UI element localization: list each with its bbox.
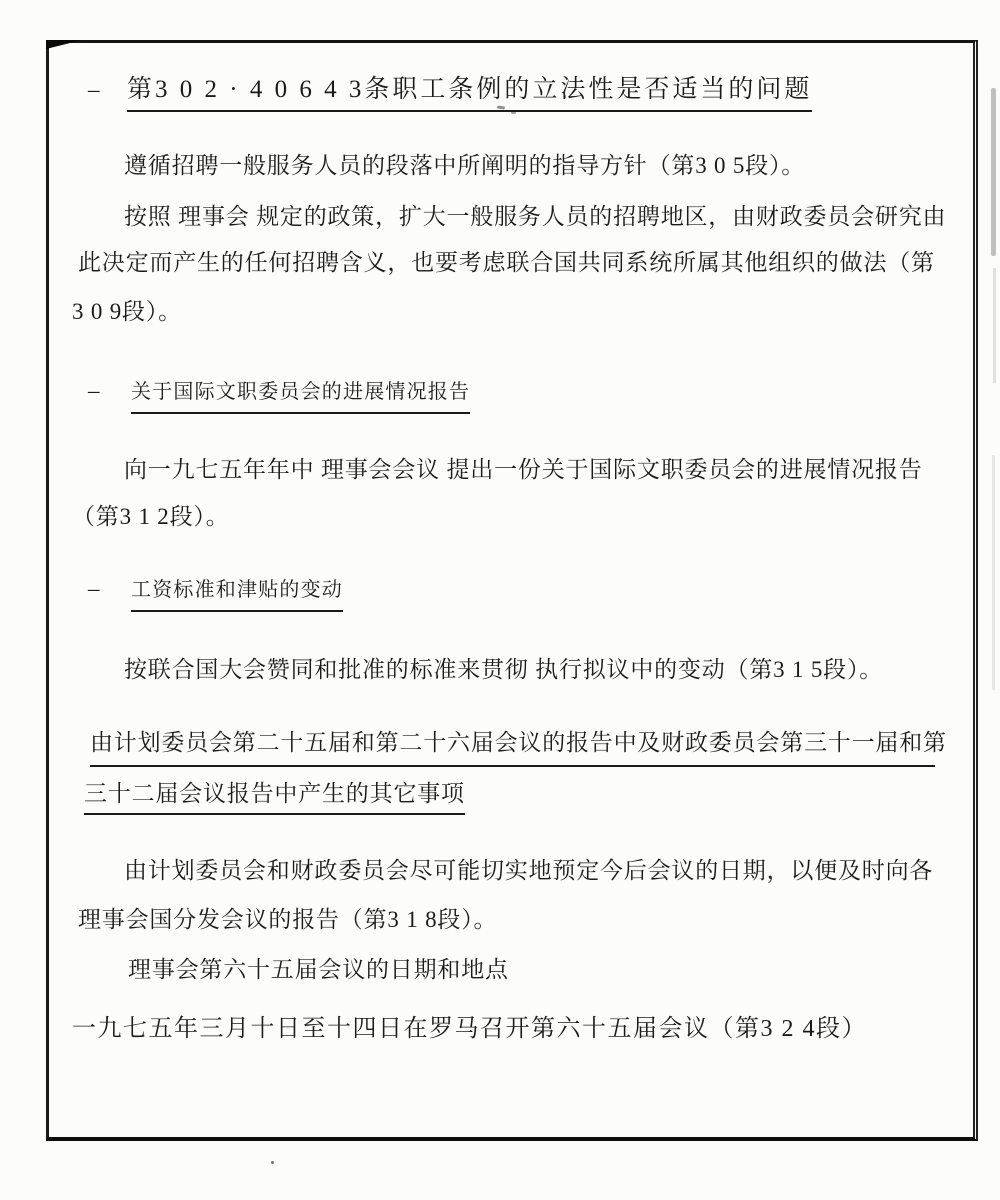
scanned-document-page: – 第3 0 2 · 4 0 6 4 3条职工条例的立法性是否适当的问题 遵循招… (0, 0, 1000, 1200)
dash-bullet: – (88, 576, 131, 602)
dash-heading-salary-allowances: – 工资标准和津贴的变动 (88, 576, 343, 612)
paragraph-line: 遵循招聘一般服务人员的段落中所阐明的指导方针（第3 0 5段）。 (124, 151, 805, 181)
scan-streak (993, 268, 996, 383)
dash-bullet: – (88, 77, 127, 103)
scan-speck (271, 1161, 274, 1164)
section-heading-other-matters-line1: 由计划委员会第二十五届和第二十六届会议的报告中及财政委员会第三十一届和第 (90, 728, 935, 767)
heading-text: 关于国际文职委员会的进展情况报告 (131, 379, 470, 414)
paragraph-line: （第3 1 2段）。 (72, 502, 230, 532)
scan-streak (991, 88, 996, 256)
heading-text: 第3 0 2 · 4 0 6 4 3条职工条例的立法性是否适当的问题 (127, 74, 812, 112)
paragraph-line: 按照 理事会 规定的政策，扩大一般服务人员的招聘地区，由财政委员会研究由 (124, 202, 946, 232)
section-heading-other-matters-line2: 三十二届会议报告中产生的其它事项 (84, 779, 465, 809)
paragraph-line: 向一九七五年年中 理事会会议 提出一份关于国际文职委员会的进展情况报告 (124, 455, 923, 485)
paragraph-line: 按联合国大会赞同和批准的标准来贯彻 执行拟议中的变动（第3 1 5段）。 (124, 655, 883, 685)
scan-streak (992, 455, 995, 690)
heading-text: 工资标准和津贴的变动 (131, 577, 343, 612)
paragraph-line: 理事会国分发会议的报告（第3 1 8段）。 (78, 905, 497, 935)
dash-heading-staff-regulation: – 第3 0 2 · 4 0 6 4 3条职工条例的立法性是否适当的问题 (88, 74, 812, 112)
paragraph-line: 由计划委员会和财政委员会尽可能切实地预定今后会议的日期，以便及时向各 (124, 856, 933, 886)
heading-text: 三十二届会议报告中产生的其它事项 (84, 781, 465, 815)
session-date-place-heading: 理事会第六十五届会议的日期和地点 (128, 955, 509, 985)
dash-bullet: – (88, 378, 131, 404)
paragraph-line: 此决定而产生的任何招聘含义，也要考虑联合国共同系统所属其他组织的做法（第 (78, 248, 935, 278)
paragraph-line: 3 0 9段）。 (72, 297, 182, 327)
dash-heading-icsc-progress-report: – 关于国际文职委员会的进展情况报告 (88, 378, 470, 414)
session-date-place-text: 一九七五年三月十日至十四日在罗马召开第六十五届会议（第3 2 4段） (72, 1014, 867, 1045)
